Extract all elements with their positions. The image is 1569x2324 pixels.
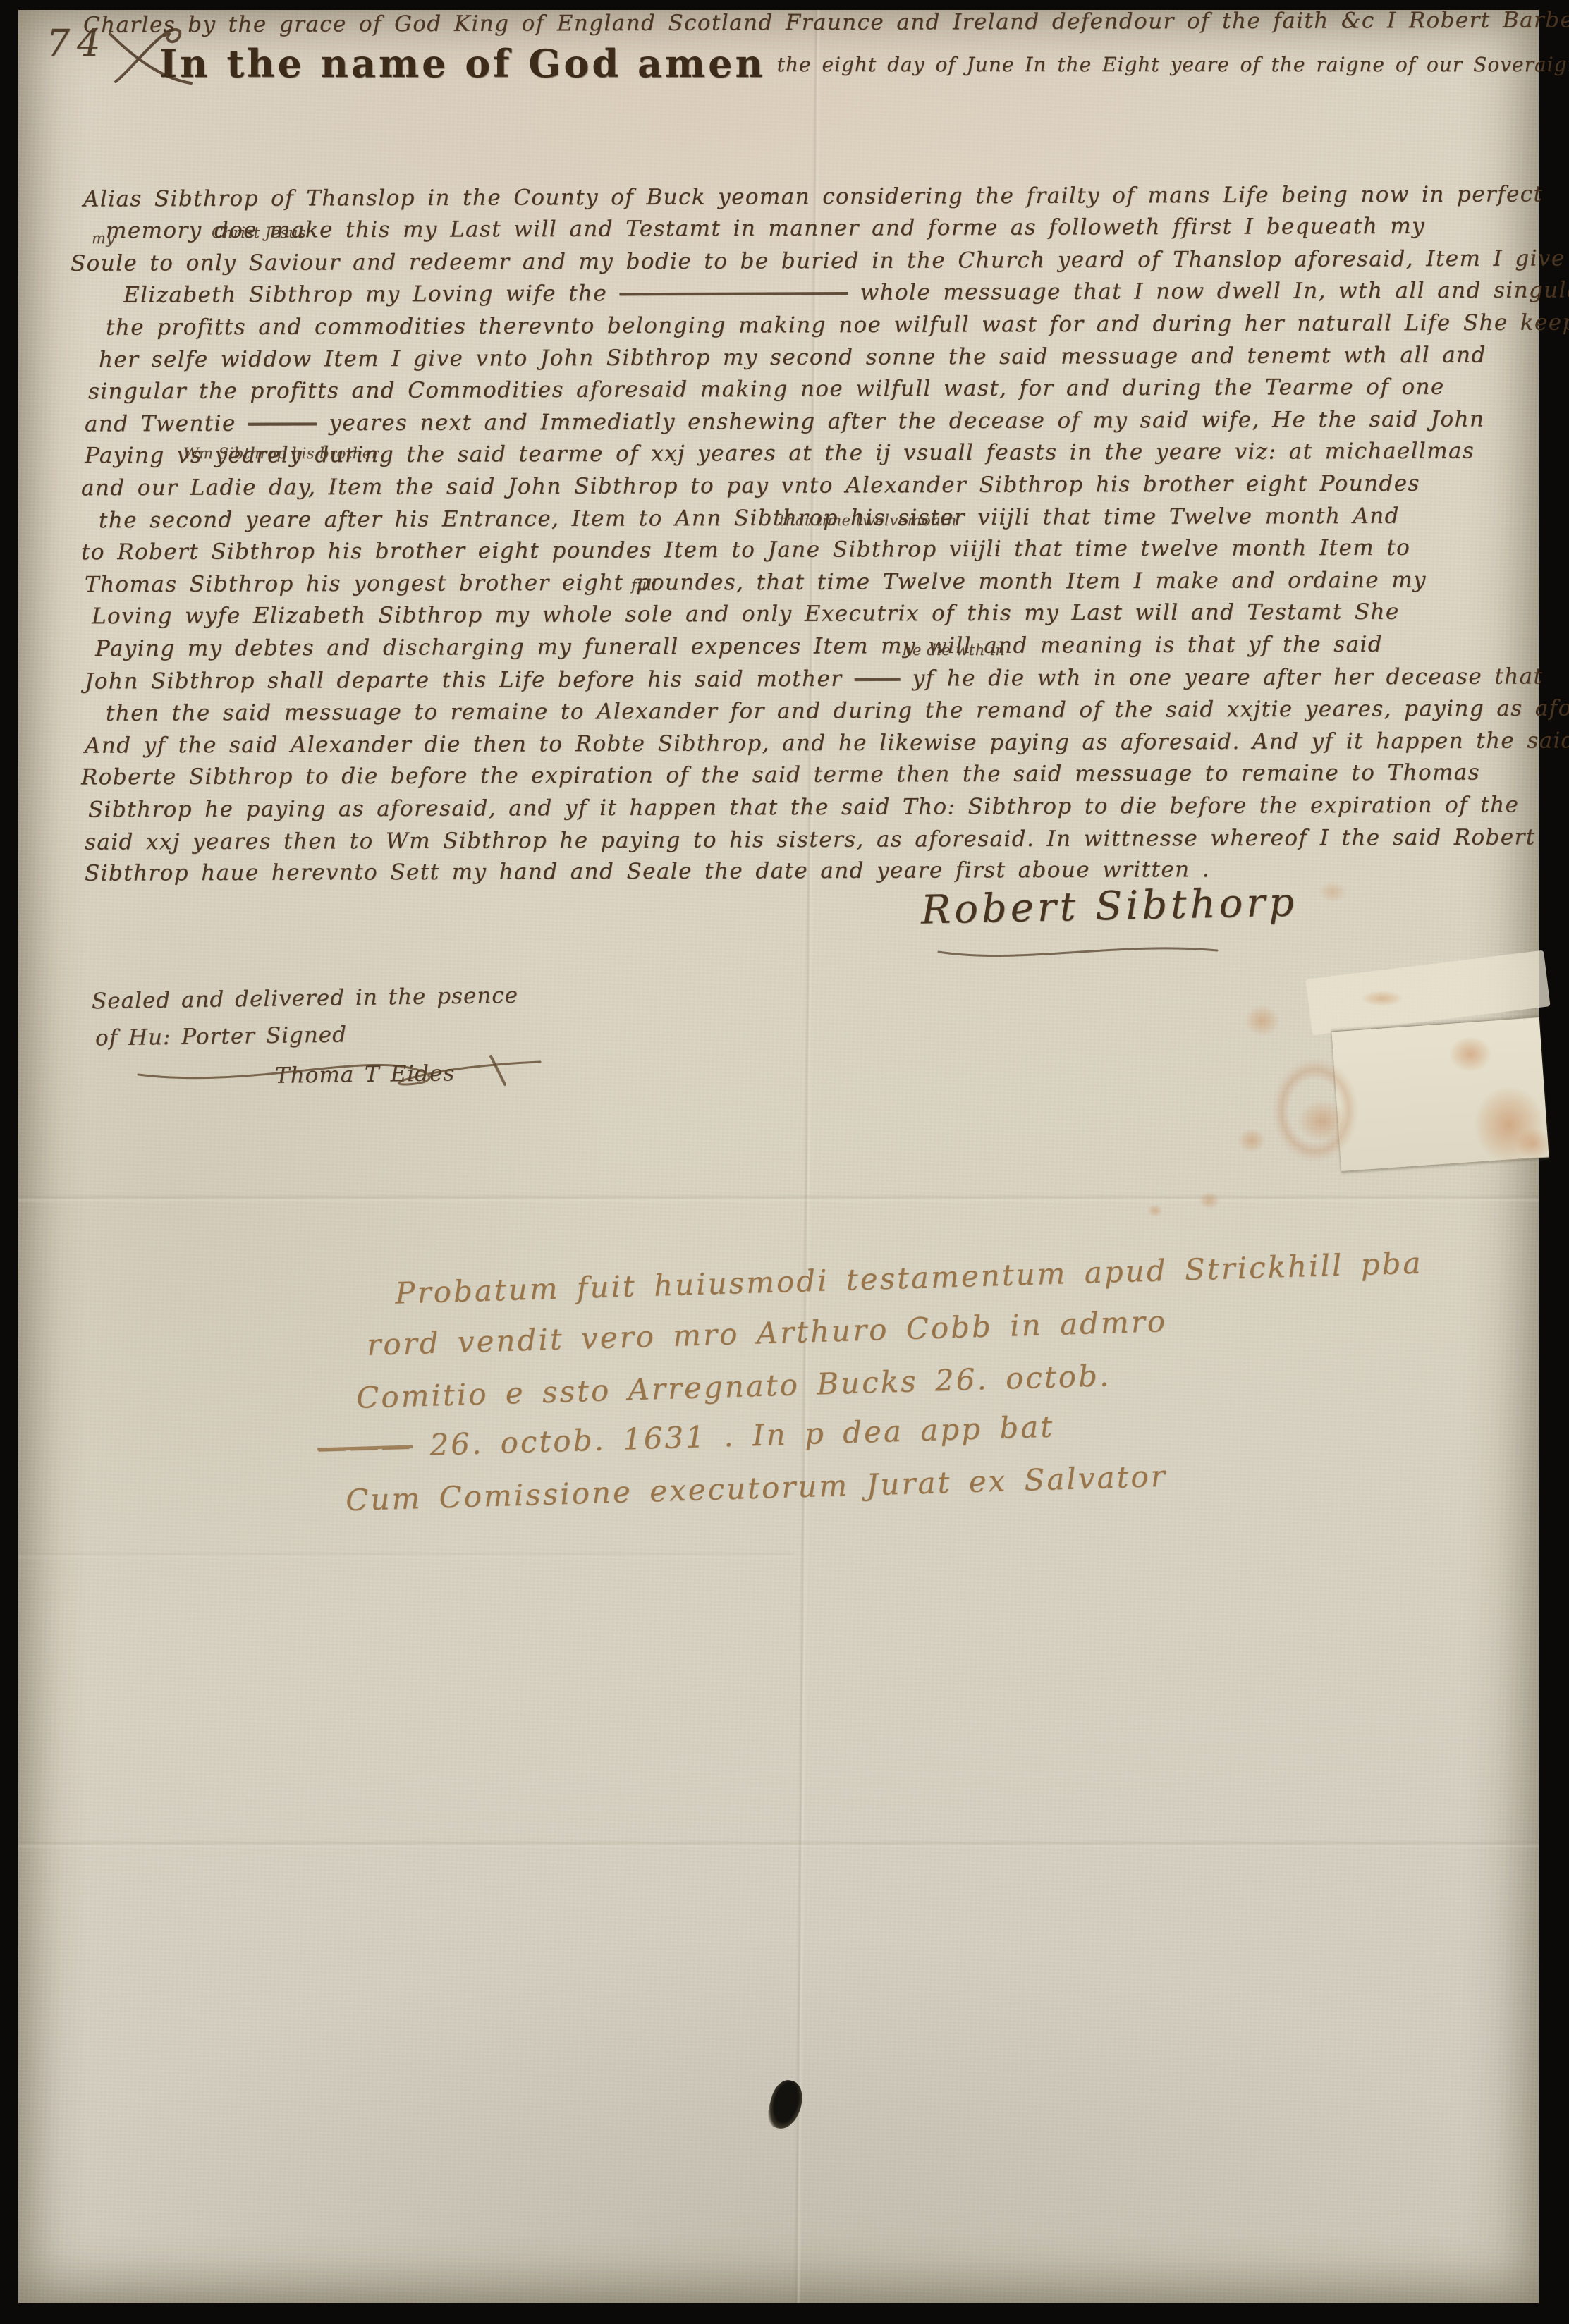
horizontal-fold-crease xyxy=(18,1840,1539,1849)
manuscript-line: Charles by the grace of God King of Engl… xyxy=(83,7,1569,39)
probate-line: ——— 26. octob. 1631 . In p dea app bat xyxy=(317,1411,1055,1465)
horizontal-fold-crease xyxy=(18,1551,794,1560)
manuscript-page: 74 In the name of God amenthe eight day … xyxy=(18,10,1539,2303)
repair-patch xyxy=(1331,1017,1549,1172)
heading-continuation: the eight day of June In the Eight yeare… xyxy=(777,53,1569,76)
rust-stain xyxy=(1147,1204,1163,1217)
interlinear-insertion: Wm Sibthrop his brother xyxy=(183,446,379,461)
manuscript-line: Thomas Sibthrop his yongest brother eigh… xyxy=(85,567,1427,598)
manuscript-line: the profitts and commodities therevnto b… xyxy=(106,310,1569,341)
struck-text: ——— xyxy=(248,410,317,436)
manuscript-line: and our Ladie day, Item the said John Si… xyxy=(81,471,1420,502)
manuscript-line: singular the profitts and Commodities af… xyxy=(88,374,1445,405)
testator-signature: Robert Sibthorp xyxy=(920,883,1298,930)
probate-line: rord vendit vero mro Arthuro Cobb in adm… xyxy=(367,1305,1168,1362)
interlinear-insertion: full xyxy=(631,578,657,593)
witness-line: Sealed and delivered in the psence xyxy=(92,983,519,1015)
manuscript-line: John Sibthrop shall departe this Life be… xyxy=(85,663,1543,695)
manuscript-line: her selfe widdow Item I give vnto John S… xyxy=(99,342,1486,373)
struck-text: ——— xyxy=(317,1429,413,1466)
interlinear-insertion: he die wth in xyxy=(903,643,1005,658)
rust-stain xyxy=(1238,1128,1266,1153)
horizontal-fold-crease xyxy=(18,1194,1539,1203)
manuscript-line: Roberte Sibthrop to die before the expir… xyxy=(81,760,1480,791)
rust-stain xyxy=(1319,881,1347,903)
manuscript-line: to Robert Sibthrop his brother eight pou… xyxy=(81,535,1410,566)
manuscript-line: And yf the said Alexander die then to Ro… xyxy=(85,728,1569,759)
manuscript-line: Alias Sibthrop of Thanslop in the County… xyxy=(83,181,1543,212)
struck-text: —— xyxy=(855,666,901,691)
manuscript-line: Sibthrop he paying as aforesaid, and yf … xyxy=(88,792,1519,823)
manuscript-line: Sibthrop haue herevnto Sett my hand and … xyxy=(85,857,1210,887)
manuscript-line: Elizabeth Sibthrop my Loving wife the ——… xyxy=(123,278,1569,309)
manuscript-line: Soule to only Saviour and redeemr and my… xyxy=(71,245,1569,277)
signature-flourish xyxy=(935,938,1231,966)
probate-line: Cum Comissione executorum Jurat ex Salva… xyxy=(346,1460,1168,1517)
photograph-of-will: { "document": { "archival_number": "74",… xyxy=(0,0,1569,2324)
struck-text: —————————— xyxy=(619,280,848,306)
interlinear-insertion: Christ Jesus xyxy=(212,226,306,240)
rust-stain xyxy=(1245,1005,1280,1036)
manuscript-line: and Twentie ——— yeares next and Immediat… xyxy=(85,406,1484,437)
probate-line: Comitio e ssto Arregnato Bucks 26. octob… xyxy=(356,1359,1111,1414)
manuscript-line: Paying my debtes and discharging my fune… xyxy=(95,632,1383,663)
opening-line: In the name of God amenthe eight day of … xyxy=(159,41,1569,87)
invocation-text: In the name of God amen xyxy=(159,41,766,86)
interlinear-insertion: my xyxy=(92,231,115,246)
manuscript-line: Loving wyfe Elizabeth Sibthrop my whole … xyxy=(92,599,1400,630)
probate-line: Probatum fuit huiusmodi testamentum apud… xyxy=(395,1247,1423,1309)
manuscript-line: said xxj yeares then to Wm Sibthrop he p… xyxy=(85,824,1536,855)
interlinear-insertion: that time twelvemonth xyxy=(779,513,957,528)
manuscript-line: then the said messuage to remaine to Ale… xyxy=(106,695,1569,727)
witness-flourish xyxy=(131,1046,554,1089)
manuscript-line: the second yeare after his Entrance, Ite… xyxy=(99,503,1400,534)
